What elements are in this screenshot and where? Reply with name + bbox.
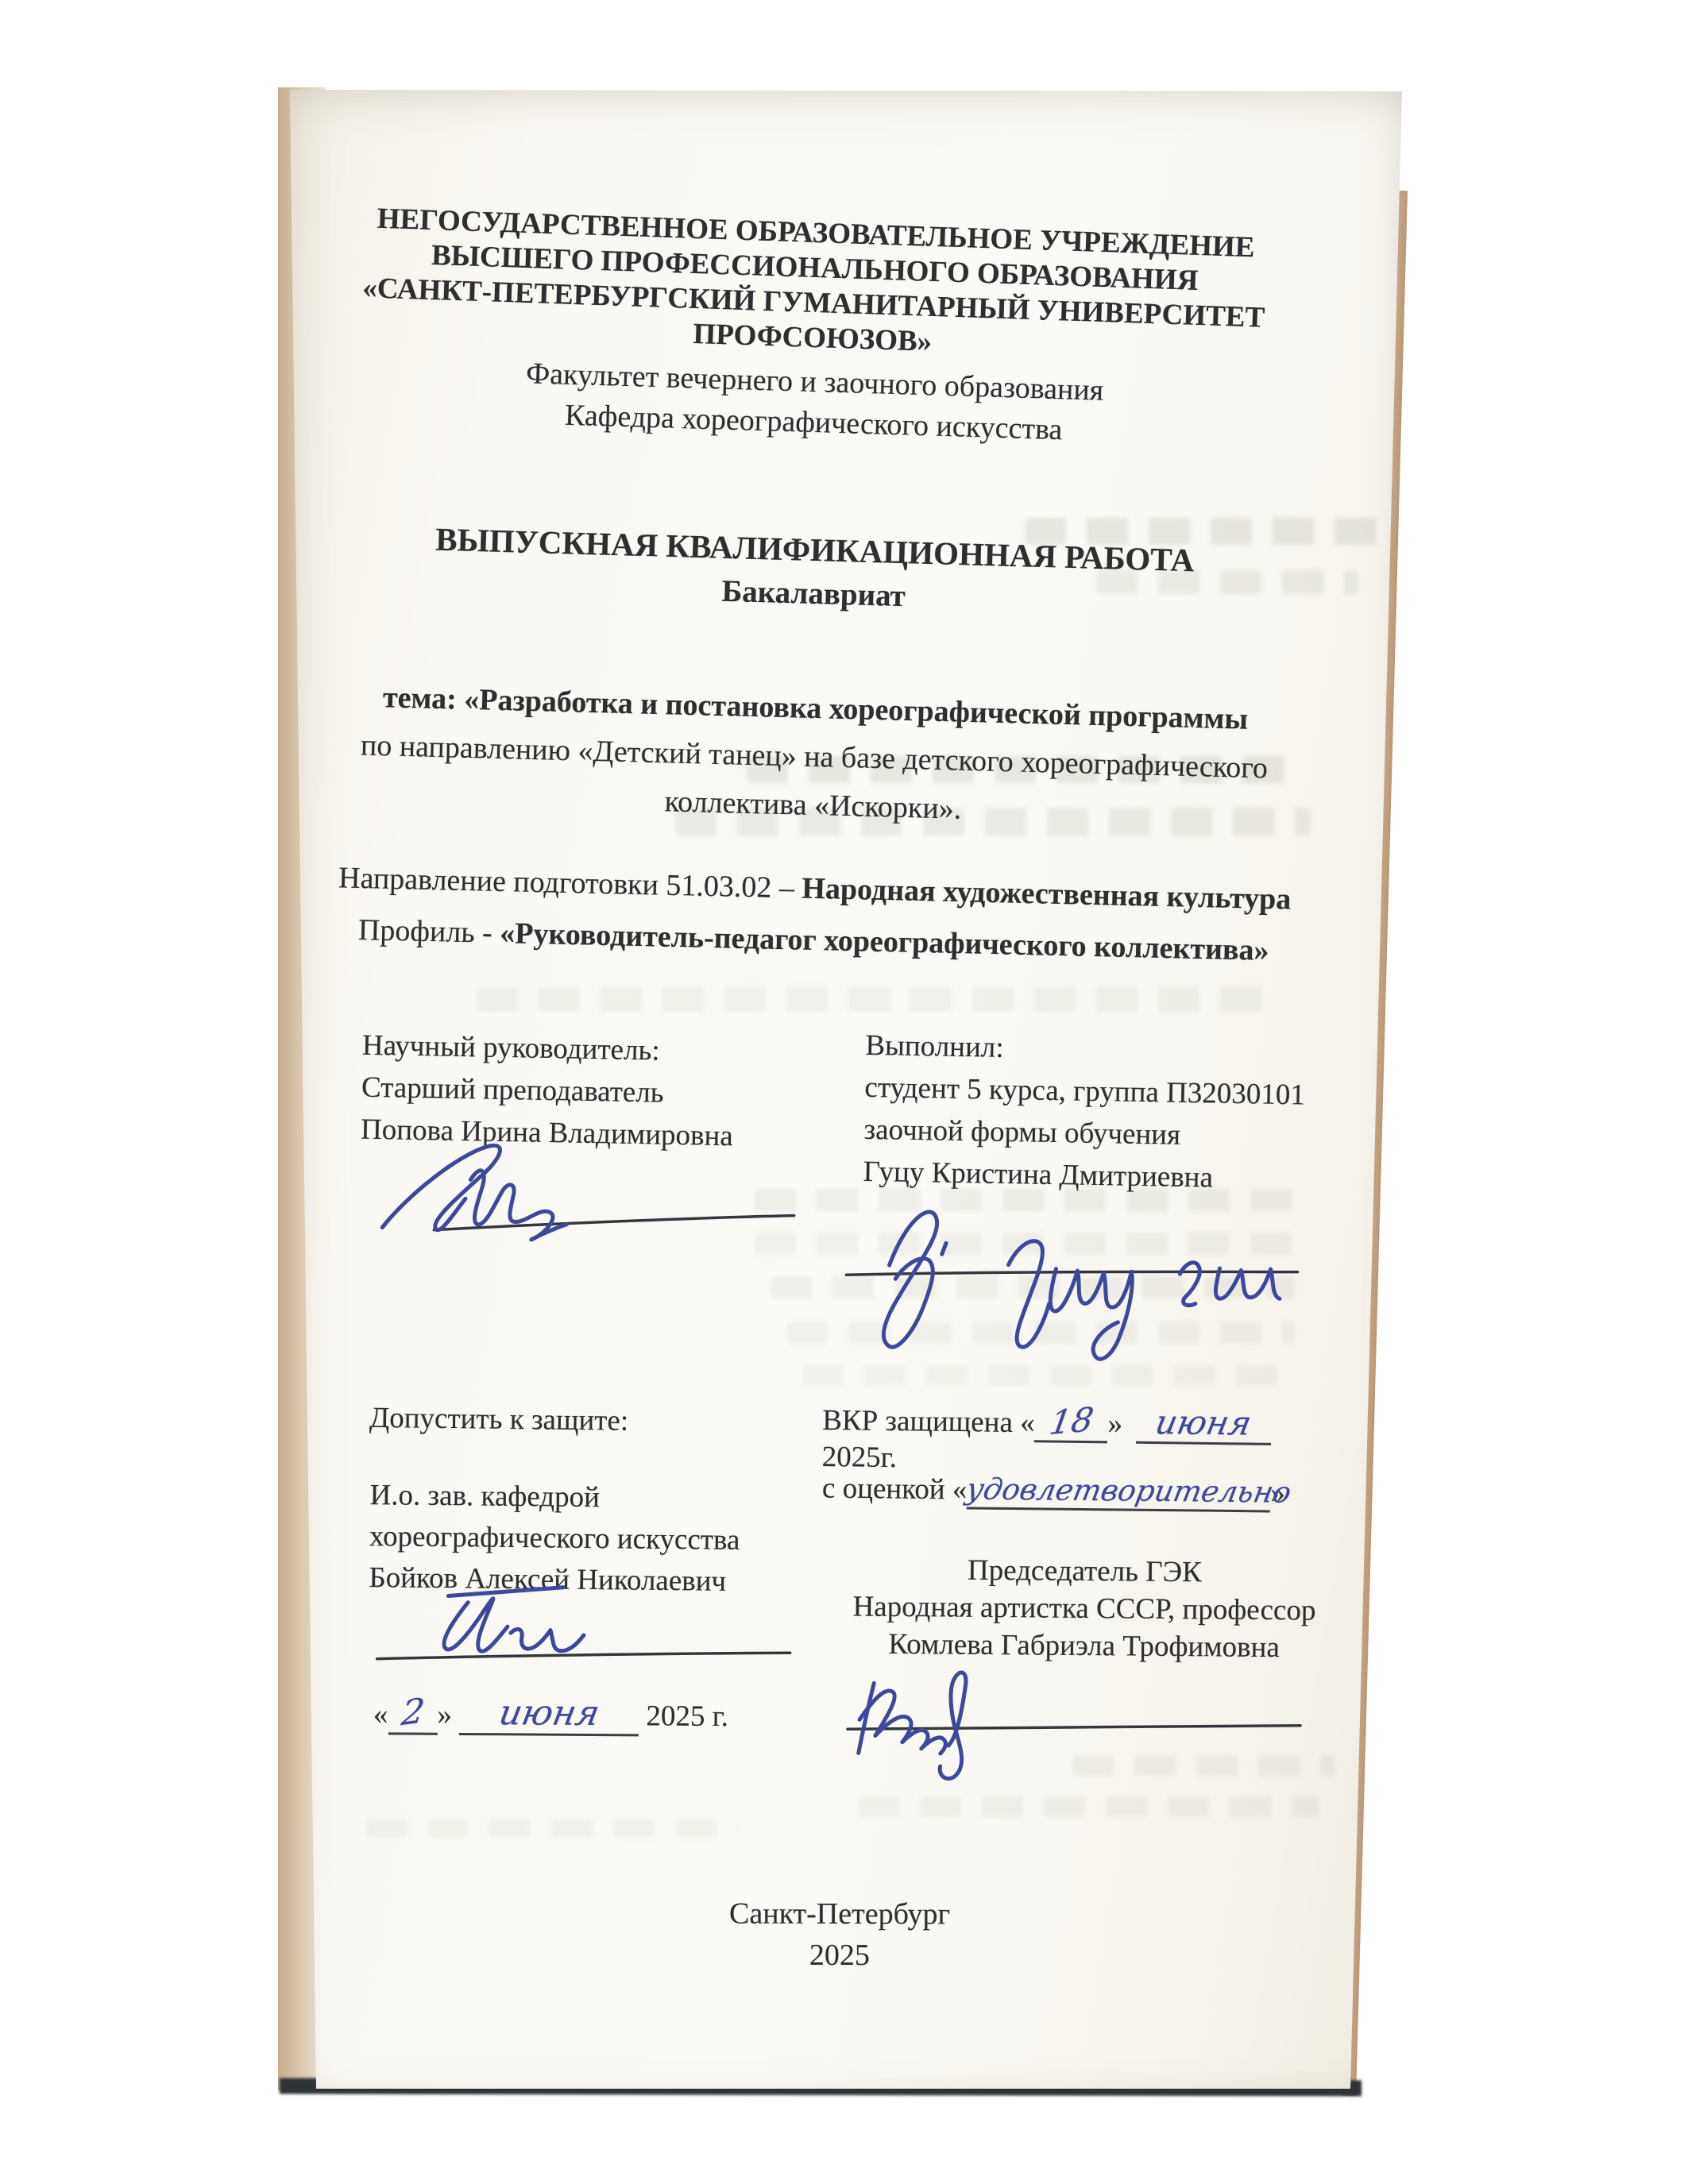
committee-line1: Народная артистка СССР, профессор bbox=[822, 1588, 1346, 1630]
university-header: НЕГОСУДАРСТВЕННОЕ ОБРАЗОВАТЕЛЬНОЕ УЧРЕЖД… bbox=[284, 199, 1344, 373]
defense-day-handwritten: 18 bbox=[1047, 1400, 1096, 1443]
footer-year: 2025 bbox=[327, 1933, 1352, 1977]
date-open-quote: « bbox=[373, 1698, 388, 1731]
defense-day-slot: 18 bbox=[1034, 1401, 1108, 1443]
scanned-document: НЕГОСУДАРСТВЕННОЕ ОБРАЗОВАТЕЛЬНОЕ УЧРЕЖД… bbox=[0, 0, 1688, 2184]
defense-month-handwritten: июня bbox=[1153, 1403, 1255, 1442]
bleedthrough-line bbox=[858, 1796, 1319, 1817]
defense-year: 2025г. bbox=[821, 1441, 897, 1474]
defense-month-slot: июня bbox=[1136, 1403, 1272, 1445]
thesis-title-page: НЕГОСУДАРСТВЕННОЕ ОБРАЗОВАТЕЛЬНОЕ УЧРЕЖД… bbox=[280, 89, 1408, 2090]
supervisor-signature bbox=[358, 1132, 813, 1267]
footer-block: Санкт-Петербург 2025 bbox=[327, 1892, 1352, 1977]
grade-handwritten: удовлетворительно bbox=[964, 1472, 1294, 1509]
direction-block: Направление подготовки 51.03.02 – Народн… bbox=[285, 851, 1344, 978]
defense-line: ВКР защищена «18» июня 2025г. bbox=[821, 1399, 1346, 1480]
admission-role2: хореографического искусства bbox=[369, 1516, 815, 1562]
admission-date-line: «2» июня 2025 г. bbox=[373, 1692, 818, 1737]
profile-label: Профиль - bbox=[358, 913, 493, 950]
footer-city: Санкт-Петербург bbox=[327, 1892, 1352, 1935]
grade-slot: удовлетворительно bbox=[967, 1472, 1270, 1512]
grade-prefix: с оценкой « bbox=[822, 1472, 968, 1507]
admission-signature bbox=[371, 1578, 801, 1669]
committee-signature bbox=[836, 1656, 1313, 1786]
direction-label: Направление подготовки 51.03.02 – bbox=[338, 861, 795, 905]
theme-block: тема: «Разработка и постановка хореограф… bbox=[284, 671, 1344, 843]
direction-value: Народная художественная культура bbox=[802, 872, 1292, 916]
grade-line: с оценкой «удовлетворительно» bbox=[822, 1471, 1346, 1514]
admission-role1: И.о. зав. кафедрой bbox=[369, 1475, 815, 1521]
student-signature bbox=[838, 1189, 1310, 1395]
student-block: Выполнил: студент 5 курса, группа П32030… bbox=[863, 1024, 1335, 1201]
committee-title: Председатель ГЭК bbox=[822, 1550, 1346, 1592]
defense-quote-close: » bbox=[1107, 1407, 1122, 1440]
date-day-slot: 2 bbox=[388, 1692, 437, 1734]
defense-prefix: ВКР защищена « bbox=[822, 1404, 1035, 1439]
date-month-slot: июня bbox=[459, 1692, 639, 1736]
date-day-handwritten: 2 bbox=[399, 1691, 427, 1734]
bleedthrough-line bbox=[365, 1819, 739, 1838]
admission-label: Допустить к защите: bbox=[369, 1401, 782, 1440]
admission-label-line: Допустить к защите: bbox=[369, 1401, 782, 1440]
profile-value: «Руководитель-педагог хореографического … bbox=[500, 916, 1269, 967]
date-close-quote: » bbox=[437, 1699, 452, 1731]
bleedthrough-line bbox=[477, 986, 1271, 1012]
date-month-handwritten: июня bbox=[496, 1692, 603, 1734]
committee-block: Председатель ГЭК Народная артистка СССР,… bbox=[821, 1550, 1346, 1667]
date-year: 2025 г. bbox=[646, 1700, 728, 1733]
